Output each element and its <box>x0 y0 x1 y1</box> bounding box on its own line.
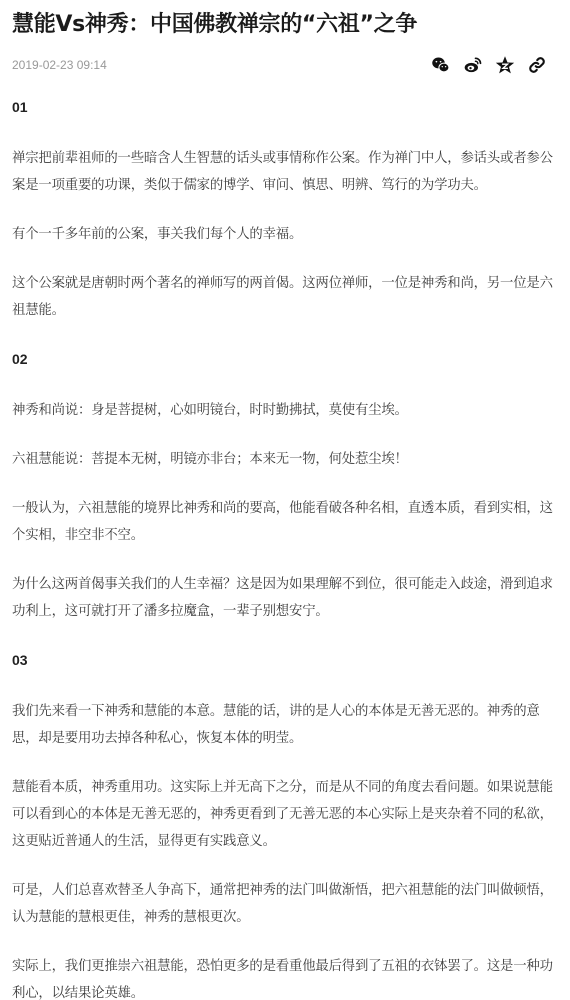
qzone-icon[interactable] <box>494 54 516 76</box>
article-body: 01 禅宗把前辈祖师的一些暗含人生智慧的话头或事情称作公案。作为禅门中人，参话头… <box>12 94 558 1000</box>
paragraph: 为什么这两首偈事关我们的人生幸福？这是因为如果理解不到位，很可能走入歧途，滑到追… <box>12 571 558 625</box>
paragraph: 一般认为，六祖慧能的境界比神秀和尚的要高，他能看破各种名相，直透本质，看到实相，… <box>12 495 558 549</box>
paragraph: 可是，人们总喜欢替圣人争高下，通常把神秀的法门叫做渐悟，把六祖慧能的法门叫做顿悟… <box>12 877 558 931</box>
article-meta: 2019-02-23 09:14 <box>12 54 558 84</box>
paragraph: 禅宗把前辈祖师的一些暗含人生智慧的话头或事情称作公案。作为禅门中人，参话头或者参… <box>12 145 558 199</box>
article-title: 慧能Vs神秀：中国佛教禅宗的“六祖”之争 <box>12 0 558 42</box>
weibo-icon[interactable] <box>462 54 484 76</box>
article-page: 慧能Vs神秀：中国佛教禅宗的“六祖”之争 2019-02-23 09:14 01… <box>0 0 570 1000</box>
paragraph: 有个一千多年前的公案，事关我们每个人的幸福。 <box>12 221 558 248</box>
section-heading: 02 <box>12 346 558 373</box>
share-bar <box>430 54 548 76</box>
paragraph: 这个公案就是唐朝时两个著名的禅师写的两首偈。这两位禅师，一位是神秀和尚，另一位是… <box>12 270 558 324</box>
paragraph: 我们先来看一下神秀和慧能的本意。慧能的话，讲的是人心的本体是无善无恶的。神秀的意… <box>12 698 558 752</box>
paragraph: 六祖慧能说：菩提本无树，明镜亦非台；本来无一物，何处惹尘埃！ <box>12 446 558 473</box>
section-heading: 01 <box>12 94 558 121</box>
link-icon[interactable] <box>526 54 548 76</box>
wechat-icon[interactable] <box>430 54 452 76</box>
paragraph: 慧能看本质，神秀重用功。这实际上并无高下之分，而是从不同的角度去看问题。如果说慧… <box>12 774 558 855</box>
section-heading: 03 <box>12 647 558 674</box>
paragraph: 实际上，我们更推崇六祖慧能，恐怕更多的是看重他最后得到了五祖的衣钵罢了。这是一种… <box>12 953 558 1000</box>
publish-date: 2019-02-23 09:14 <box>12 58 107 72</box>
paragraph: 神秀和尚说：身是菩提树，心如明镜台，时时勤拂拭，莫使有尘埃。 <box>12 397 558 424</box>
